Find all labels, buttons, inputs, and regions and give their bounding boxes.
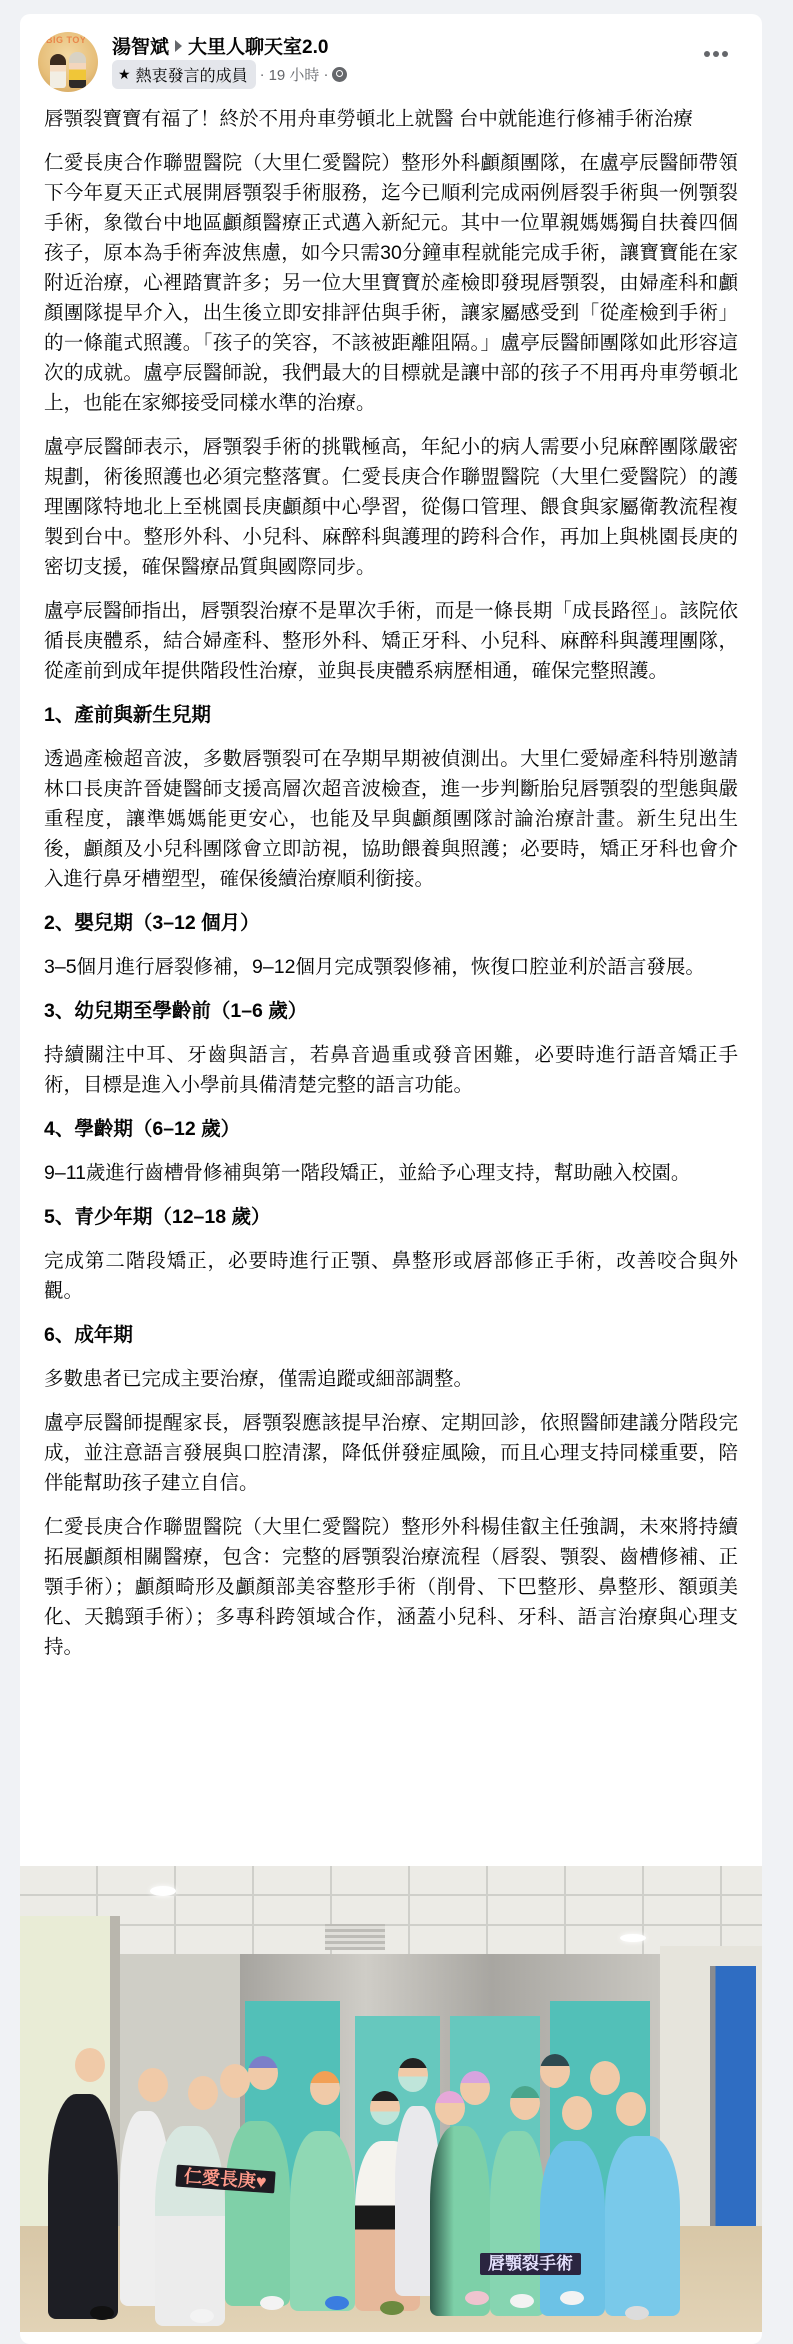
stage-heading: 1、產前與新生兒期 — [44, 700, 738, 730]
post-paragraph: 盧亭辰醫師表示，唇顎裂手術的挑戰極高，年紀小的病人需要小兒麻醉團隊嚴密規劃，術後… — [44, 432, 738, 582]
person-head — [510, 2086, 540, 2120]
avatar-figure-icon — [69, 52, 86, 88]
star-icon: ★ — [118, 66, 131, 83]
avatar-figure-icon — [50, 54, 66, 88]
person-green-vest — [430, 2126, 490, 2316]
shoe — [325, 2296, 349, 2310]
person-head — [590, 2061, 620, 2095]
post-paragraph: 仁愛長庚合作聯盟醫院（大里仁愛醫院）整形外科顱顏團隊，在盧亭辰醫師帶領下今年夏天… — [44, 148, 738, 418]
person-head — [188, 2076, 218, 2110]
stage-heading: 6、成年期 — [44, 1320, 738, 1350]
person-head — [248, 2056, 278, 2090]
person-blue-scrubs — [605, 2136, 680, 2316]
post-timestamp[interactable]: 19 小時 — [269, 64, 320, 85]
more-dot-icon — [722, 51, 728, 57]
shoe — [465, 2291, 489, 2305]
shoe — [510, 2294, 534, 2308]
post-paragraph: 盧亭辰醫師提醒家長，唇顎裂應該提早治療、定期回診，依照醫師建議分階段完成，並注意… — [44, 1408, 738, 1498]
post-body: 唇顎裂寶寶有福了！終於不用舟車勞頓北上就醫 台中就能進行修補手術治療 仁愛長庚合… — [20, 104, 762, 1662]
group-name-link[interactable]: 大里人聊天室2.0 — [188, 32, 328, 59]
stage-text: 3–5個月進行唇裂修補，9–12個月完成顎裂修補，恢復口腔並利於語言發展。 — [44, 952, 738, 982]
person-head — [460, 2071, 490, 2105]
caret-right-icon — [175, 40, 182, 52]
stage-text: 持續關注中耳、牙齒與語言，若鼻音過重或發音困難，必要時進行語音矯正手術，目標是進… — [44, 1040, 738, 1100]
person-head — [616, 2092, 646, 2126]
more-dot-icon — [713, 51, 719, 57]
stage-heading: 2、嬰兒期（3–12 個月） — [44, 908, 738, 938]
person-green-scrubs — [225, 2121, 290, 2306]
person-head — [220, 2064, 250, 2098]
stage-heading: 5、青少年期（12–18 歲） — [44, 1202, 738, 1232]
post-paragraph: 盧亭辰醫師指出，唇顎裂治療不是單次手術，而是一條長期「成長路徑」。該院依循長庚體… — [44, 596, 738, 686]
more-dot-icon — [704, 51, 710, 57]
stage-text: 多數患者已完成主要治療，僅需追蹤或細部調整。 — [44, 1364, 738, 1394]
person-green-scrubs — [290, 2131, 355, 2311]
post-card: BIG TOY 湯智斌 大里人聊天室2.0 ★ 熱衷發言的成員 · 19 小時 … — [20, 14, 762, 2338]
person-head — [398, 2058, 428, 2092]
more-options-button[interactable] — [698, 36, 734, 72]
stage-heading: 4、學齡期（6–12 歲） — [44, 1114, 738, 1144]
author-avatar[interactable]: BIG TOY — [38, 32, 98, 92]
person-head — [75, 2048, 105, 2082]
person-patterned-scrubs — [155, 2126, 225, 2326]
shoe — [260, 2296, 284, 2310]
photo-banner-right: 唇顎裂手術 — [480, 2253, 581, 2275]
group-members-icon[interactable] — [332, 67, 347, 82]
shoe — [560, 2291, 584, 2305]
post-header: BIG TOY 湯智斌 大里人聊天室2.0 ★ 熱衷發言的成員 · 19 小時 … — [20, 14, 762, 104]
person-head — [540, 2054, 570, 2088]
person-green-scrubs — [490, 2131, 545, 2316]
avatar-decoration: BIG TOY — [46, 35, 86, 45]
person-head — [370, 2091, 400, 2125]
stage-text: 透過產檢超音波，多數唇顎裂可在孕期早期被偵測出。大里仁愛婦產科特別邀請林口長庚許… — [44, 744, 738, 894]
stage-text: 完成第二階段矯正，必要時進行正顎、鼻整形或唇部修正手術，改善咬合與外觀。 — [44, 1246, 738, 1306]
separator-dot: · — [260, 66, 265, 83]
stage-text: 9–11歲進行齒槽骨修補與第一階段矯正，並給予心理支持，幫助融入校園。 — [44, 1158, 738, 1188]
person-head — [435, 2091, 465, 2125]
person-suit — [48, 2094, 118, 2319]
author-name-link[interactable]: 湯智斌 — [112, 32, 169, 59]
photo-group-of-people: 仁愛長庚♥ 唇顎裂手術 — [20, 1866, 762, 2332]
person-head — [562, 2096, 592, 2130]
separator-dot: · — [323, 66, 328, 83]
person-head — [138, 2068, 168, 2102]
member-badge[interactable]: ★ 熱衷發言的成員 — [112, 60, 256, 89]
post-author-line: 湯智斌 大里人聊天室2.0 — [112, 32, 328, 59]
post-title: 唇顎裂寶寶有福了！終於不用舟車勞頓北上就醫 台中就能進行修補手術治療 — [44, 104, 738, 134]
shoe — [380, 2301, 404, 2315]
shoe — [90, 2306, 114, 2320]
post-paragraph: 仁愛長庚合作聯盟醫院（大里仁愛醫院）整形外科楊佳叡主任強調，未來將持續拓展顱顏相… — [44, 1512, 738, 1662]
post-photo[interactable]: 仁愛長庚♥ 唇顎裂手術 — [20, 1866, 762, 2332]
person-blue-scrubs — [540, 2141, 605, 2316]
stage-heading: 3、幼兒期至學齡前（1–6 歲） — [44, 996, 738, 1026]
post-meta: ★ 熱衷發言的成員 · 19 小時 · — [112, 60, 347, 89]
member-badge-label: 熱衷發言的成員 — [136, 63, 248, 86]
shoe — [625, 2306, 649, 2320]
shoe — [190, 2309, 214, 2323]
person-head — [310, 2071, 340, 2105]
